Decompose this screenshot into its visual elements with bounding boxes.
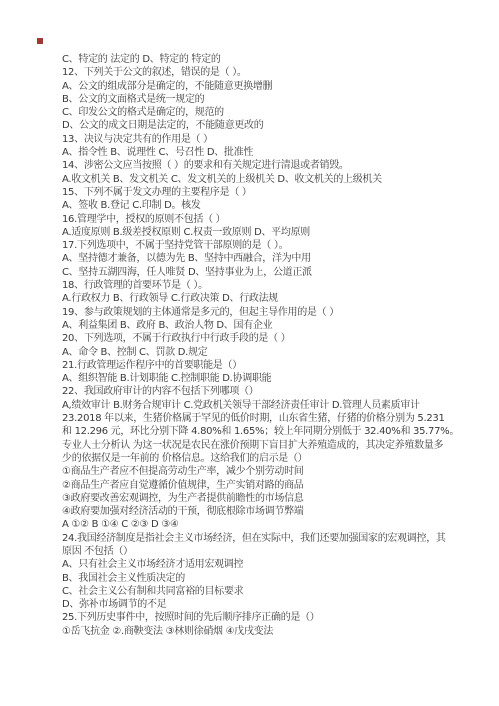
exam-document-page: C、特定的 法定的 D、特定的 特定的12、下列关于公文的叙述，错误的是（ ）。…: [0, 0, 499, 706]
question-text-line: 17.下列选项中，不属于坚持党管干部原则的是（ ）。: [62, 239, 454, 252]
question-text-line: 19、参与政策规划的主体通常是多元的，但起主导作用的是（ ）: [62, 306, 454, 319]
question-text-line: 15、下列不属于发文办理的主要程序是（ ）: [62, 186, 454, 199]
question-text-line: 23.2018 年以来，生猪价格属于罕见的低价时期，山东省生猪，仔猪的价格分别为…: [62, 412, 454, 425]
question-text-line: ②商品生产者应自觉遵循价值规律，生产实销对路的商品: [62, 479, 454, 492]
question-text-line: A、只有社会主义市场经济才适用宏观调控: [62, 558, 454, 571]
question-text-line: A.行政权力 B、行政领导 C.行政决策 D、行政法规: [62, 292, 454, 305]
question-text-line: 22、我国政府审计的内容不包括下列哪项（）: [62, 385, 454, 398]
red-corner-mark: [37, 38, 43, 44]
question-text-line: A,绩效审计 B.财务合规审计 C.党政机关领导干部经济责任审计 D.管理人员素…: [62, 399, 454, 412]
question-text-line: ①商品生产者应不但提高劳动生产率，减少个别劳动时间: [62, 465, 454, 478]
question-text-line: ④政府要加强对经济活动的干预，彻底根除市场调节弊端: [62, 505, 454, 518]
question-text-line: 20、下列选项，不属于行政执行中行政手段的是（ ）: [62, 332, 454, 345]
question-text-line: B、公文的文面格式是统一规定的: [62, 93, 454, 106]
question-text-line: B、我国社会主义性质决定的: [62, 572, 454, 585]
question-text-block: C、特定的 法定的 D、特定的 特定的12、下列关于公文的叙述，错误的是（ ）。…: [62, 53, 454, 638]
question-text-line: 12、下列关于公文的叙述，错误的是（ ）。: [62, 66, 454, 79]
question-text-line: C、坚持五湖四海，任人唯贤 D、坚持事业为上，公道正派: [62, 266, 454, 279]
question-text-line: C、印发公文的格式是确定的，规范的: [62, 106, 454, 119]
question-text-line: A、坚持德才兼备，以德为先 B、坚持中西融合，洋为中用: [62, 252, 454, 265]
question-text-line: A、命令 B、控制 C、罚款 D.规定: [62, 346, 454, 359]
question-text-line: ①岳飞抗金 ②.商鞅变法 ③林则徐硝烟 ④戊戌变法: [62, 625, 454, 638]
question-text-line: 16.管理学中，授权的原则不包括（ ）: [62, 213, 454, 226]
question-text-line: 18、行政管理的首要环节是（ ）。: [62, 279, 454, 292]
question-text-line: A.适度原则 B.级差授权原则 C.权责一致原则 D、平均原则: [62, 226, 454, 239]
question-text-line: 原因 不包括（）: [62, 545, 454, 558]
question-text-line: 专业人士分析认 为这一状况是农民在涨价预期下盲目扩大养殖造成的，其决定养殖数量多: [62, 439, 454, 452]
question-text-line: 和 12.296 元，环比分别下降 4.80%和 1.65%；较上年同期分别低于…: [62, 425, 454, 438]
question-text-line: A、组织智能 B.计划职能 C.控制职能 D.协调职能: [62, 372, 454, 385]
question-text-line: 少的依据仅是一年前的 价格信息。这给我们的启示是（）: [62, 452, 454, 465]
question-text-line: C、社会主义公有制和共同富裕的目标要求: [62, 585, 454, 598]
question-text-line: A、公文的组成部分是确定的，不能随意更换增删: [62, 80, 454, 93]
question-text-line: 21.行政管理运作程序中的首要职能是（）: [62, 359, 454, 372]
question-text-line: D、公文的成文日期是法定的，不能随意更改的: [62, 119, 454, 132]
question-text-line: A ①② B ①④ C ②③ D ③④: [62, 518, 454, 531]
question-text-line: C、特定的 法定的 D、特定的 特定的: [62, 53, 454, 66]
question-text-line: 13、决议与决定共有的作用是（ ）: [62, 133, 454, 146]
question-text-line: ③政府要改善宏观调控，为生产者提供前瞻性的市场信息: [62, 492, 454, 505]
question-text-line: 24.我国经济制度是指社会主义市场经济，但在实际中，我们还要加强国家的宏观调控，…: [62, 532, 454, 545]
question-text-line: D、弥补市场调节的不足: [62, 598, 454, 611]
question-text-line: 25.下列历史事件中，按照时间的先后顺序排序正确的是（）: [62, 611, 454, 624]
question-text-line: A.收文机关 B、发文机关 C、发文机关的上级机关 D、收文机关的上级机关: [62, 173, 454, 186]
question-text-line: 14、涉密公文应当按照（ ）的要求和有关规定进行清退或者销毁。: [62, 159, 454, 172]
question-text-line: A、利益集团 B、政府 B、政治人物 D、国有企业: [62, 319, 454, 332]
question-text-line: A、签收 B.登记 C.印制 D。核发: [62, 199, 454, 212]
question-text-line: A、指令性 B、说理性 C、号召性 D、批准性: [62, 146, 454, 159]
